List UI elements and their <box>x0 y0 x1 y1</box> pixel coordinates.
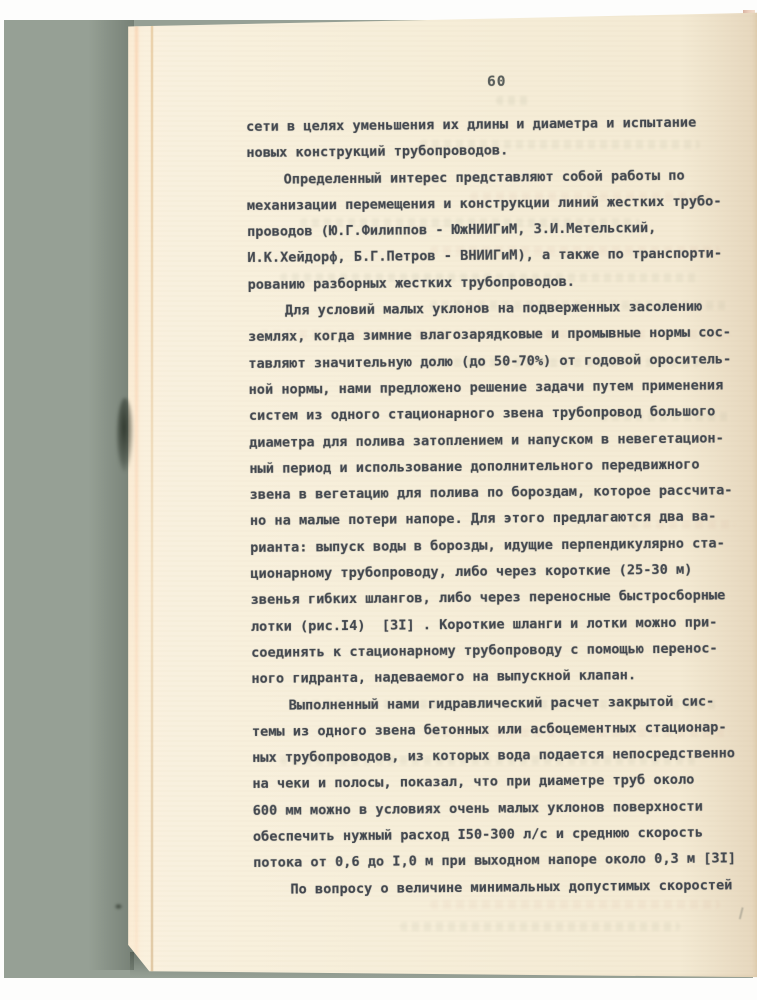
scan-defect-spot <box>117 398 133 472</box>
text-line: сети в целях уменьшения их длины и диаме… <box>246 109 757 140</box>
paragraph: сети в целях уменьшения их длины и диаме… <box>246 109 757 167</box>
page-left-shadow <box>88 20 134 970</box>
document-page: 60 сети в целях уменьшения их длины и ди… <box>118 4 757 982</box>
page-number: 60 <box>487 74 507 90</box>
scanned-document-view: 60 сети в целях уменьшения их длины и ди… <box>0 0 757 1000</box>
text-line: И.К.Хейдорф, Б.Г.Петров - ВНИИГиМ), а та… <box>247 241 757 272</box>
paragraph: Для условий малых уклонов на подверженны… <box>248 293 757 692</box>
pencil-mark-artifact <box>739 907 757 923</box>
scan-defect-speck <box>114 903 123 910</box>
text-line: По вопросу о величине минимальных допуст… <box>253 872 757 903</box>
text-line: соединять к стационарному трубопроводу с… <box>251 635 757 666</box>
text-line: механизации перемещения и конструкции ли… <box>247 188 757 219</box>
paragraph: Выполненный нами гидравлический расчет з… <box>252 688 757 877</box>
paragraph: Определенный интерес представляют собой … <box>247 162 757 298</box>
page-text: сети в целях уменьшения их длины и диаме… <box>246 109 757 903</box>
paragraph: По вопросу о величине минимальных допуст… <box>253 872 757 903</box>
